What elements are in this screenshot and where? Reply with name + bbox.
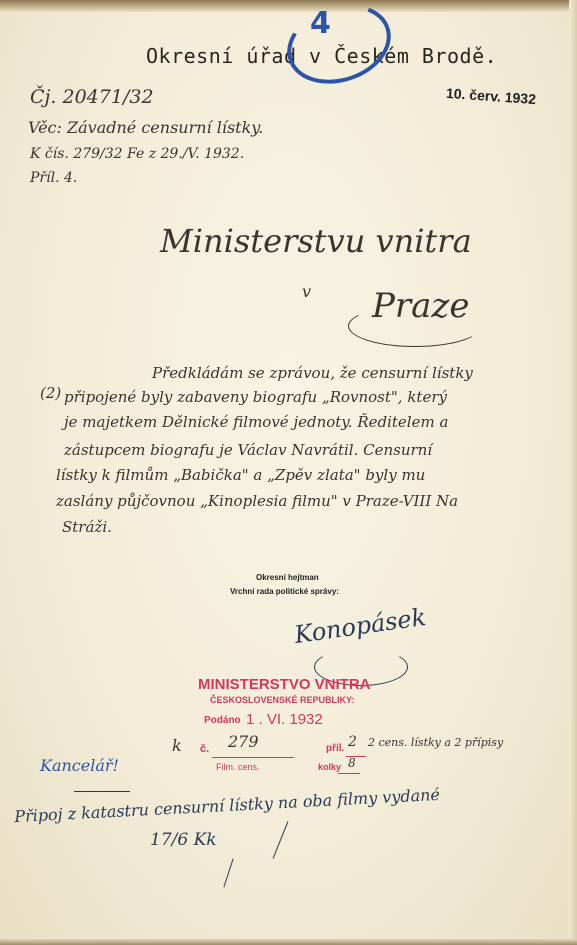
body-line-3: je majetkem Dělnické filmové jednoty. Ře… — [64, 413, 448, 431]
page-bottom-edge — [0, 939, 577, 945]
enclosures-line: Příl. 4. — [30, 170, 77, 186]
kolky-rule — [338, 773, 360, 774]
podano-date: 1 . VI. 1932 — [246, 711, 323, 728]
podano-label: Podáno — [204, 715, 241, 726]
scanned-document-page: Okresní úřad v Českém Brodě. 4 10. červ.… — [0, 0, 577, 945]
signature-title-1: Okresní hejtman — [256, 573, 319, 582]
page-right-edge — [569, 0, 577, 945]
signature-title-2: Vrchní rada politické správy: — [230, 587, 339, 596]
pril-value: 2 — [348, 734, 357, 750]
body-line-1: Předkládám se zprávou, že censurní lístk… — [152, 364, 473, 382]
folio-number: 4 — [310, 6, 331, 41]
subject-line: Věc: Závadné censurní lístky. — [28, 118, 263, 137]
kolky-value: 8 — [348, 756, 356, 770]
k-label: k — [172, 736, 182, 755]
body-line-2: připojené byly zabaveny biografu „Rovnos… — [64, 388, 447, 406]
city-underline-flourish — [348, 305, 482, 347]
body-line-6: zaslány půjčovnou „Kinoplesia filmu" v P… — [56, 492, 458, 510]
c-value: 279 — [228, 732, 259, 751]
body-line-5: lístky k filmům „Babička" a „Zpěv zlata"… — [56, 466, 425, 484]
signature: Konopásek — [293, 603, 428, 649]
annotation-initials: 17/6 Kk — [150, 830, 217, 850]
margin-note: (2) — [40, 384, 61, 402]
body-line-4: zástupcem biografu je Václav Navrátil. C… — [64, 441, 432, 459]
ministry-stamp-line-2: ČESKOSLOVENSKÉ REPUBLIKY: — [210, 695, 354, 705]
pen-stroke-2 — [223, 859, 233, 888]
received-date-stamp: 10. červ. 1932 — [446, 85, 537, 107]
c-rule — [212, 757, 294, 758]
reference-to-line: K čís. 279/32 Fe z 29./V. 1932. — [30, 146, 244, 162]
kolky-label: kolky — [318, 762, 341, 772]
film-cens-label: Film. cens. — [216, 762, 260, 772]
pen-stroke-1 — [273, 821, 289, 858]
page-top-edge — [0, 0, 577, 12]
addressee-preposition: v — [302, 282, 311, 301]
reference-number: Čj. 20471/32 — [30, 86, 154, 108]
c-label: č. — [200, 743, 209, 755]
body-line-7: Stráži. — [62, 518, 112, 536]
pril-label: příl. — [326, 743, 344, 754]
ministry-stamp-line-1: MINISTERSTVO VNITRA — [198, 676, 371, 693]
annotation-underline — [74, 791, 130, 792]
blue-pencil-arc — [277, 0, 401, 97]
annotation-heading: Kancelář! — [40, 756, 119, 775]
pril-note: 2 cens. lístky a 2 přípisy — [368, 736, 503, 749]
addressee-ministry: Ministerstvu vnitra — [160, 222, 472, 260]
